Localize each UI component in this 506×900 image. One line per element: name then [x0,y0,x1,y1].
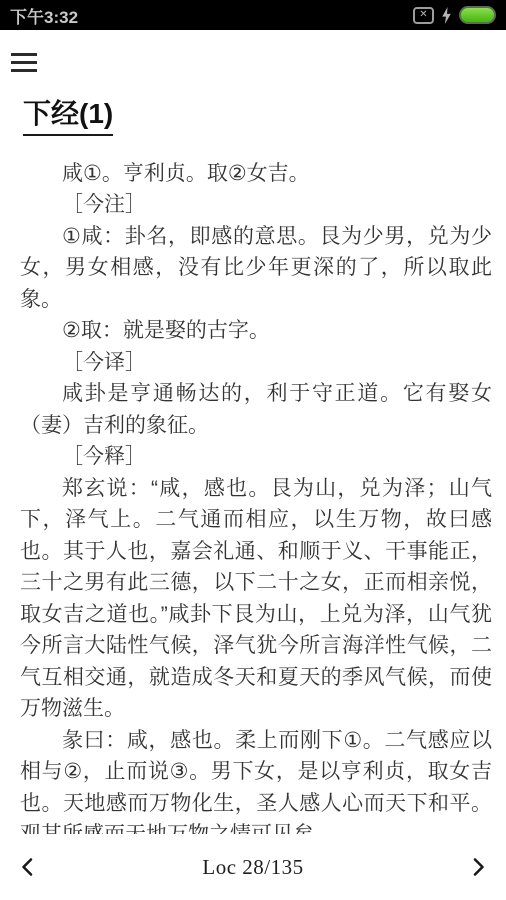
prev-page-button[interactable] [16,853,38,881]
section-label-jinshi: ［今释］ [20,441,492,473]
location-indicator: Loc 28/135 [202,855,303,880]
hamburger-bar [11,53,37,56]
next-page-button[interactable] [468,853,490,881]
tuan-paragraph: 彖曰：咸，感也。柔上而刚下①。二气感应以相与②，止而说③。男下女，是以亨利贞，取… [20,725,492,851]
section-label-jinyi: ［今译］ [20,347,492,379]
status-bar: 下午3:32 ✕ [0,0,506,30]
note-paragraph: ②取：就是娶的古字。 [20,315,492,347]
verse-line: 咸①。亨利贞。取②女吉。 [20,158,492,190]
battery-icon [459,6,496,24]
note-paragraph: ①咸：卦名，即感的意思。艮为少男，兑为少女，男女相感，没有比少年更深的了，所以取… [20,221,492,316]
pager-bar: Loc 28/135 [0,834,506,900]
hamburger-bar [11,61,37,64]
chevron-right-icon [472,857,486,877]
charging-bolt-icon [441,7,452,24]
no-sim-icon: ✕ [413,7,434,24]
status-time: 下午3:32 [10,3,78,28]
reader-content: 咸①。亨利贞。取②女吉。 ［今注］ ①咸：卦名，即感的意思。艮为少男，兑为少女，… [20,158,492,851]
hamburger-icon [11,53,37,72]
menu-button[interactable] [11,50,37,75]
commentary-paragraph: 郑玄说：“咸，感也。艮为山，兑为泽；山气下，泽气上。二气通而相应，以生万物，故曰… [20,473,492,725]
status-icons: ✕ [413,6,496,24]
hamburger-bar [11,69,37,72]
no-sim-cross: ✕ [419,10,427,20]
translation-paragraph: 咸卦是亨通畅达的，利于守正道。它有娶女（妻）吉利的象征。 [20,378,492,441]
chevron-left-icon [20,857,34,877]
chapter-title: 下经(1) [23,99,113,136]
section-label-jinzhu: ［今注］ [20,189,492,221]
app-window: 下午3:32 ✕ 下经(1) 咸①。亨利贞。取②女吉。 ［今注］ ①咸：卦名，即… [0,0,506,900]
